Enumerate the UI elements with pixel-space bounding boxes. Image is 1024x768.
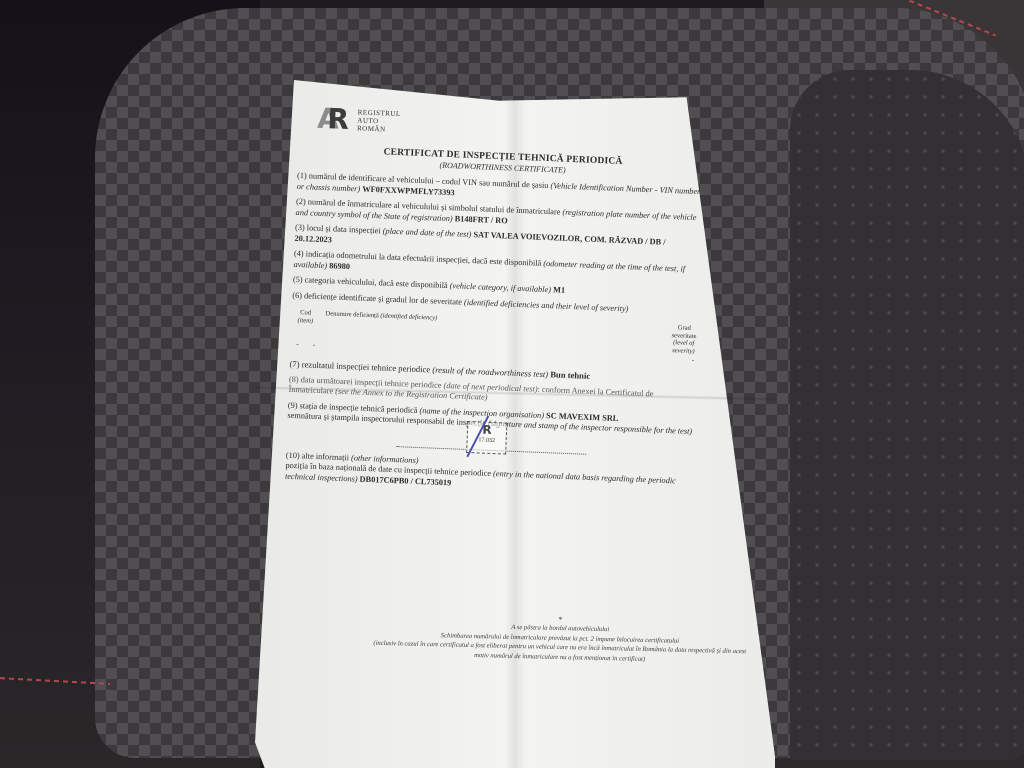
database-entry-value: DB017C6PB0 / CL735019 [359,474,451,487]
field-label-en: (identified deficiencies and their level… [464,297,629,313]
field-label-en: (vehicle category, if available) [450,281,552,294]
col-severity: Grad severitate(level of severity) [666,324,701,355]
field-label: (6) deficiențe identificate și gradul lo… [292,290,462,306]
org-line: ROMÂN [357,124,400,134]
rar-logo-icon: AR [317,105,352,134]
signature-line: R 17.032 [396,432,586,455]
col-code-label-en: (item) [291,316,319,325]
field-value: M1 [553,285,565,294]
cell-severity: - [691,355,694,375]
col-severity-label: Grad severitate [667,324,702,340]
col-name-label: Denumire deficiență [325,310,378,319]
certificate-footer: * A se păstra la bordul autovehiculului … [370,612,751,667]
field-value: WF0FXXWPMFLY73393 [362,184,455,197]
certificate-content: AR REGISTRUL AUTO ROMÂN CERTIFICAT DE IN… [285,104,710,503]
field-label: (10) alte informații [286,450,349,462]
field-label-en: (place and date of the test) [383,226,472,239]
col-severity-label-en: (level of severity) [666,339,701,355]
result-value: Bun tehnic [550,369,590,381]
col-code: Cod(item) [291,309,320,340]
col-name-label-en: (identified deficiency) [380,312,437,321]
field-label: (5) categoria vehiculului, dacă este dis… [293,275,448,290]
org-name: REGISTRUL AUTO ROMÂN [357,108,401,134]
field-value: B148FRT / RO [455,214,508,225]
field-value: 86980 [329,261,350,271]
stamp-logo-icon: R [468,422,507,438]
seat-bolster [790,70,1024,760]
